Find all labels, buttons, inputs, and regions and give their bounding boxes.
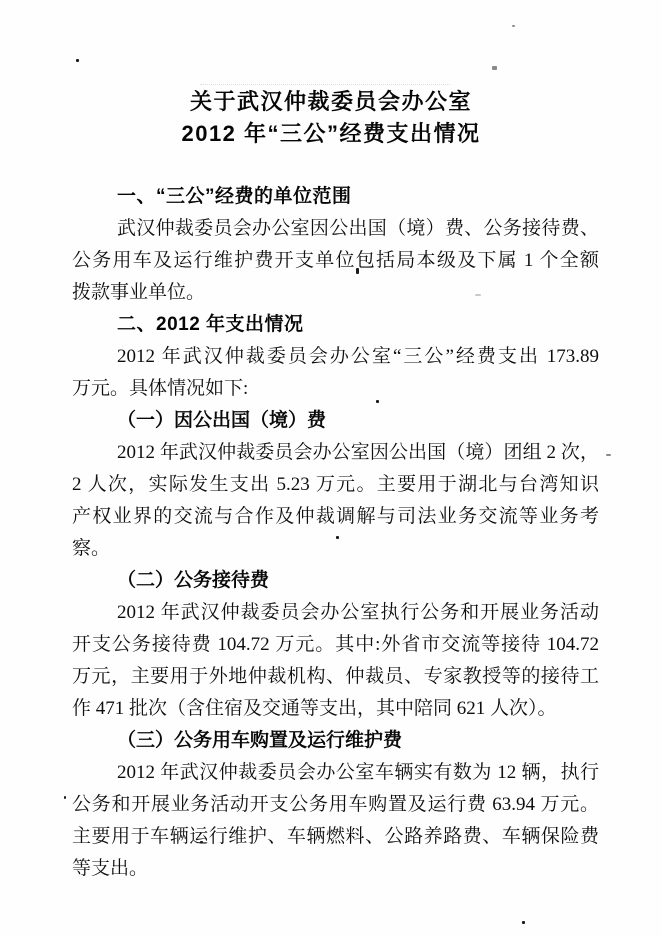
paragraph-line: 产权业界的交流与合作及仲裁调解与司法业务交流等业务考 bbox=[72, 501, 599, 533]
paragraph-line: 2012 年武汉仲裁委员会办公室因公出国（境）团组 2 次， bbox=[72, 437, 599, 469]
scan-speck bbox=[200, 841, 203, 843]
paragraph-line: 公务用车及运行维护费开支单位包括局本级及下属 1 个全额 bbox=[72, 245, 599, 277]
section-heading-2: 二、2012 年支出情况 bbox=[72, 309, 599, 341]
document-page: 关于武汉仲裁委员会办公室 2012 年“三公”经费支出情况 一、“三公”经费的单… bbox=[0, 0, 662, 936]
scan-speck bbox=[376, 400, 379, 403]
scan-speck bbox=[522, 921, 525, 924]
scan-artifact-line bbox=[200, 84, 450, 85]
document-title: 关于武汉仲裁委员会办公室 2012 年“三公”经费支出情况 bbox=[0, 86, 662, 150]
paragraph-line: 2012 年武汉仲裁委员会办公室执行公务和开展业务活动 bbox=[72, 597, 599, 629]
paragraph-line: 万元，主要用于外地仲裁机构、仲裁员、专家教授等的接待工 bbox=[72, 661, 599, 693]
paragraph-line: 2 人次，实际发生支出 5.23 万元。主要用于湖北与台湾知识 bbox=[72, 469, 599, 501]
scan-speck bbox=[475, 294, 481, 296]
paragraph-line: 等支出。 bbox=[72, 853, 599, 885]
paragraph-line: 2012 年武汉仲裁委员会办公室车辆实有数为 12 辆，执行 bbox=[72, 757, 599, 789]
paragraph-line: 公务和开展业务活动开支公务用车购置及运行费 63.94 万元。 bbox=[72, 789, 599, 821]
paragraph-line: 武汉仲裁委员会办公室因公出国（境）费、公务接待费、 bbox=[72, 213, 599, 245]
paragraph-line: 作 471 批次（含住宿及交通等支出，其中陪同 621 人次）。 bbox=[72, 693, 599, 725]
paragraph-line: 拨款事业单位。 bbox=[72, 277, 599, 309]
scan-speck bbox=[356, 268, 359, 274]
title-line-1: 关于武汉仲裁委员会办公室 bbox=[0, 86, 662, 118]
scan-speck bbox=[76, 59, 79, 62]
scan-speck bbox=[64, 796, 66, 799]
paragraph-line: 万元。具体情况如下: bbox=[72, 373, 599, 405]
scan-speck bbox=[492, 66, 497, 70]
subsection-heading-1: （一）因公出国（境）费 bbox=[72, 405, 599, 437]
title-line-2: 2012 年“三公”经费支出情况 bbox=[0, 118, 662, 150]
subsection-heading-2: （二）公务接待费 bbox=[72, 565, 599, 597]
subsection-heading-3: （三）公务用车购置及运行维护费 bbox=[72, 725, 599, 757]
paragraph-line: 开支公务接待费 104.72 万元。其中:外省市交流等接待 104.72 bbox=[72, 629, 599, 661]
paragraph-line: 2012 年武汉仲裁委员会办公室“三公”经费支出 173.89 bbox=[72, 341, 599, 373]
section-heading-1: 一、“三公”经费的单位范围 bbox=[72, 181, 599, 213]
scan-speck bbox=[606, 454, 611, 456]
scan-speck bbox=[512, 25, 515, 27]
paragraph-line: 主要用于车辆运行维护、车辆燃料、公路养路费、车辆保险费 bbox=[72, 821, 599, 853]
scan-speck bbox=[336, 536, 339, 539]
document-body: 一、“三公”经费的单位范围 武汉仲裁委员会办公室因公出国（境）费、公务接待费、 … bbox=[72, 181, 599, 885]
